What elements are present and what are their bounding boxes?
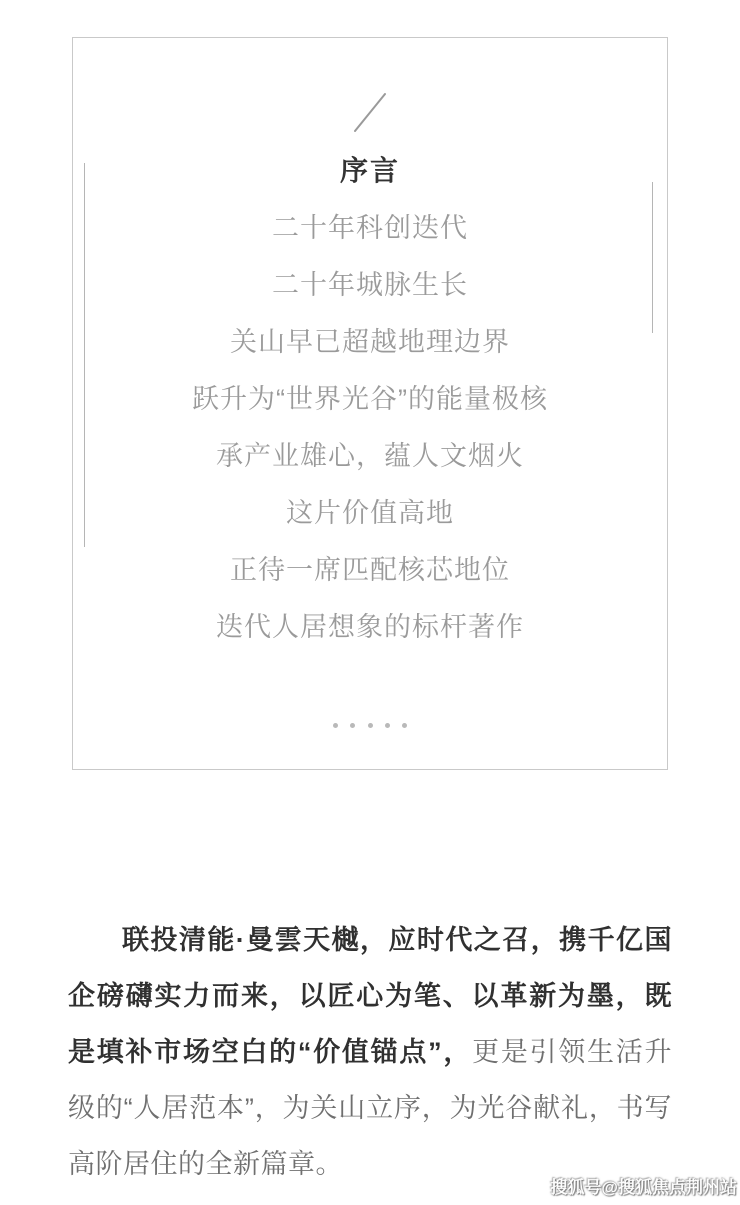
preface-line: 承产业雄心，蕴人文烟火 bbox=[73, 428, 667, 485]
preface-line: 跃升为“世界光谷”的能量极核 bbox=[73, 371, 667, 428]
preface-line: 迭代人居想象的标杆著作 bbox=[73, 599, 667, 656]
slash-icon bbox=[73, 92, 667, 132]
preface-line: 正待一席匹配核芯地位 bbox=[73, 542, 667, 599]
intro-paragraph: 联投清能·曼雲天樾，应时代之召，携千亿国企磅礴实力而来，以匠心为笔、以革新为墨，… bbox=[68, 912, 672, 1192]
preface-title: 序言 bbox=[73, 156, 667, 186]
dot-icon bbox=[368, 723, 373, 728]
preface-line: 二十年科创迭代 bbox=[73, 200, 667, 257]
dots-ellipsis bbox=[73, 721, 667, 728]
preface-card: 序言 二十年科创迭代 二十年城脉生长 关山早已超越地理边界 跃升为“世界光谷”的… bbox=[72, 37, 668, 770]
preface-line: 二十年城脉生长 bbox=[73, 257, 667, 314]
dot-icon bbox=[333, 723, 338, 728]
sohu-watermark: 搜狐号@搜狐焦点荆州站 bbox=[550, 1173, 737, 1198]
right-accent-line bbox=[652, 182, 653, 333]
preface-line: 这片价值高地 bbox=[73, 485, 667, 542]
dot-icon bbox=[385, 723, 390, 728]
left-accent-line bbox=[84, 163, 85, 547]
preface-lines: 二十年科创迭代 二十年城脉生长 关山早已超越地理边界 跃升为“世界光谷”的能量极… bbox=[73, 200, 667, 656]
dot-icon bbox=[402, 723, 407, 728]
dot-icon bbox=[350, 723, 355, 728]
preface-line: 关山早已超越地理边界 bbox=[73, 314, 667, 371]
